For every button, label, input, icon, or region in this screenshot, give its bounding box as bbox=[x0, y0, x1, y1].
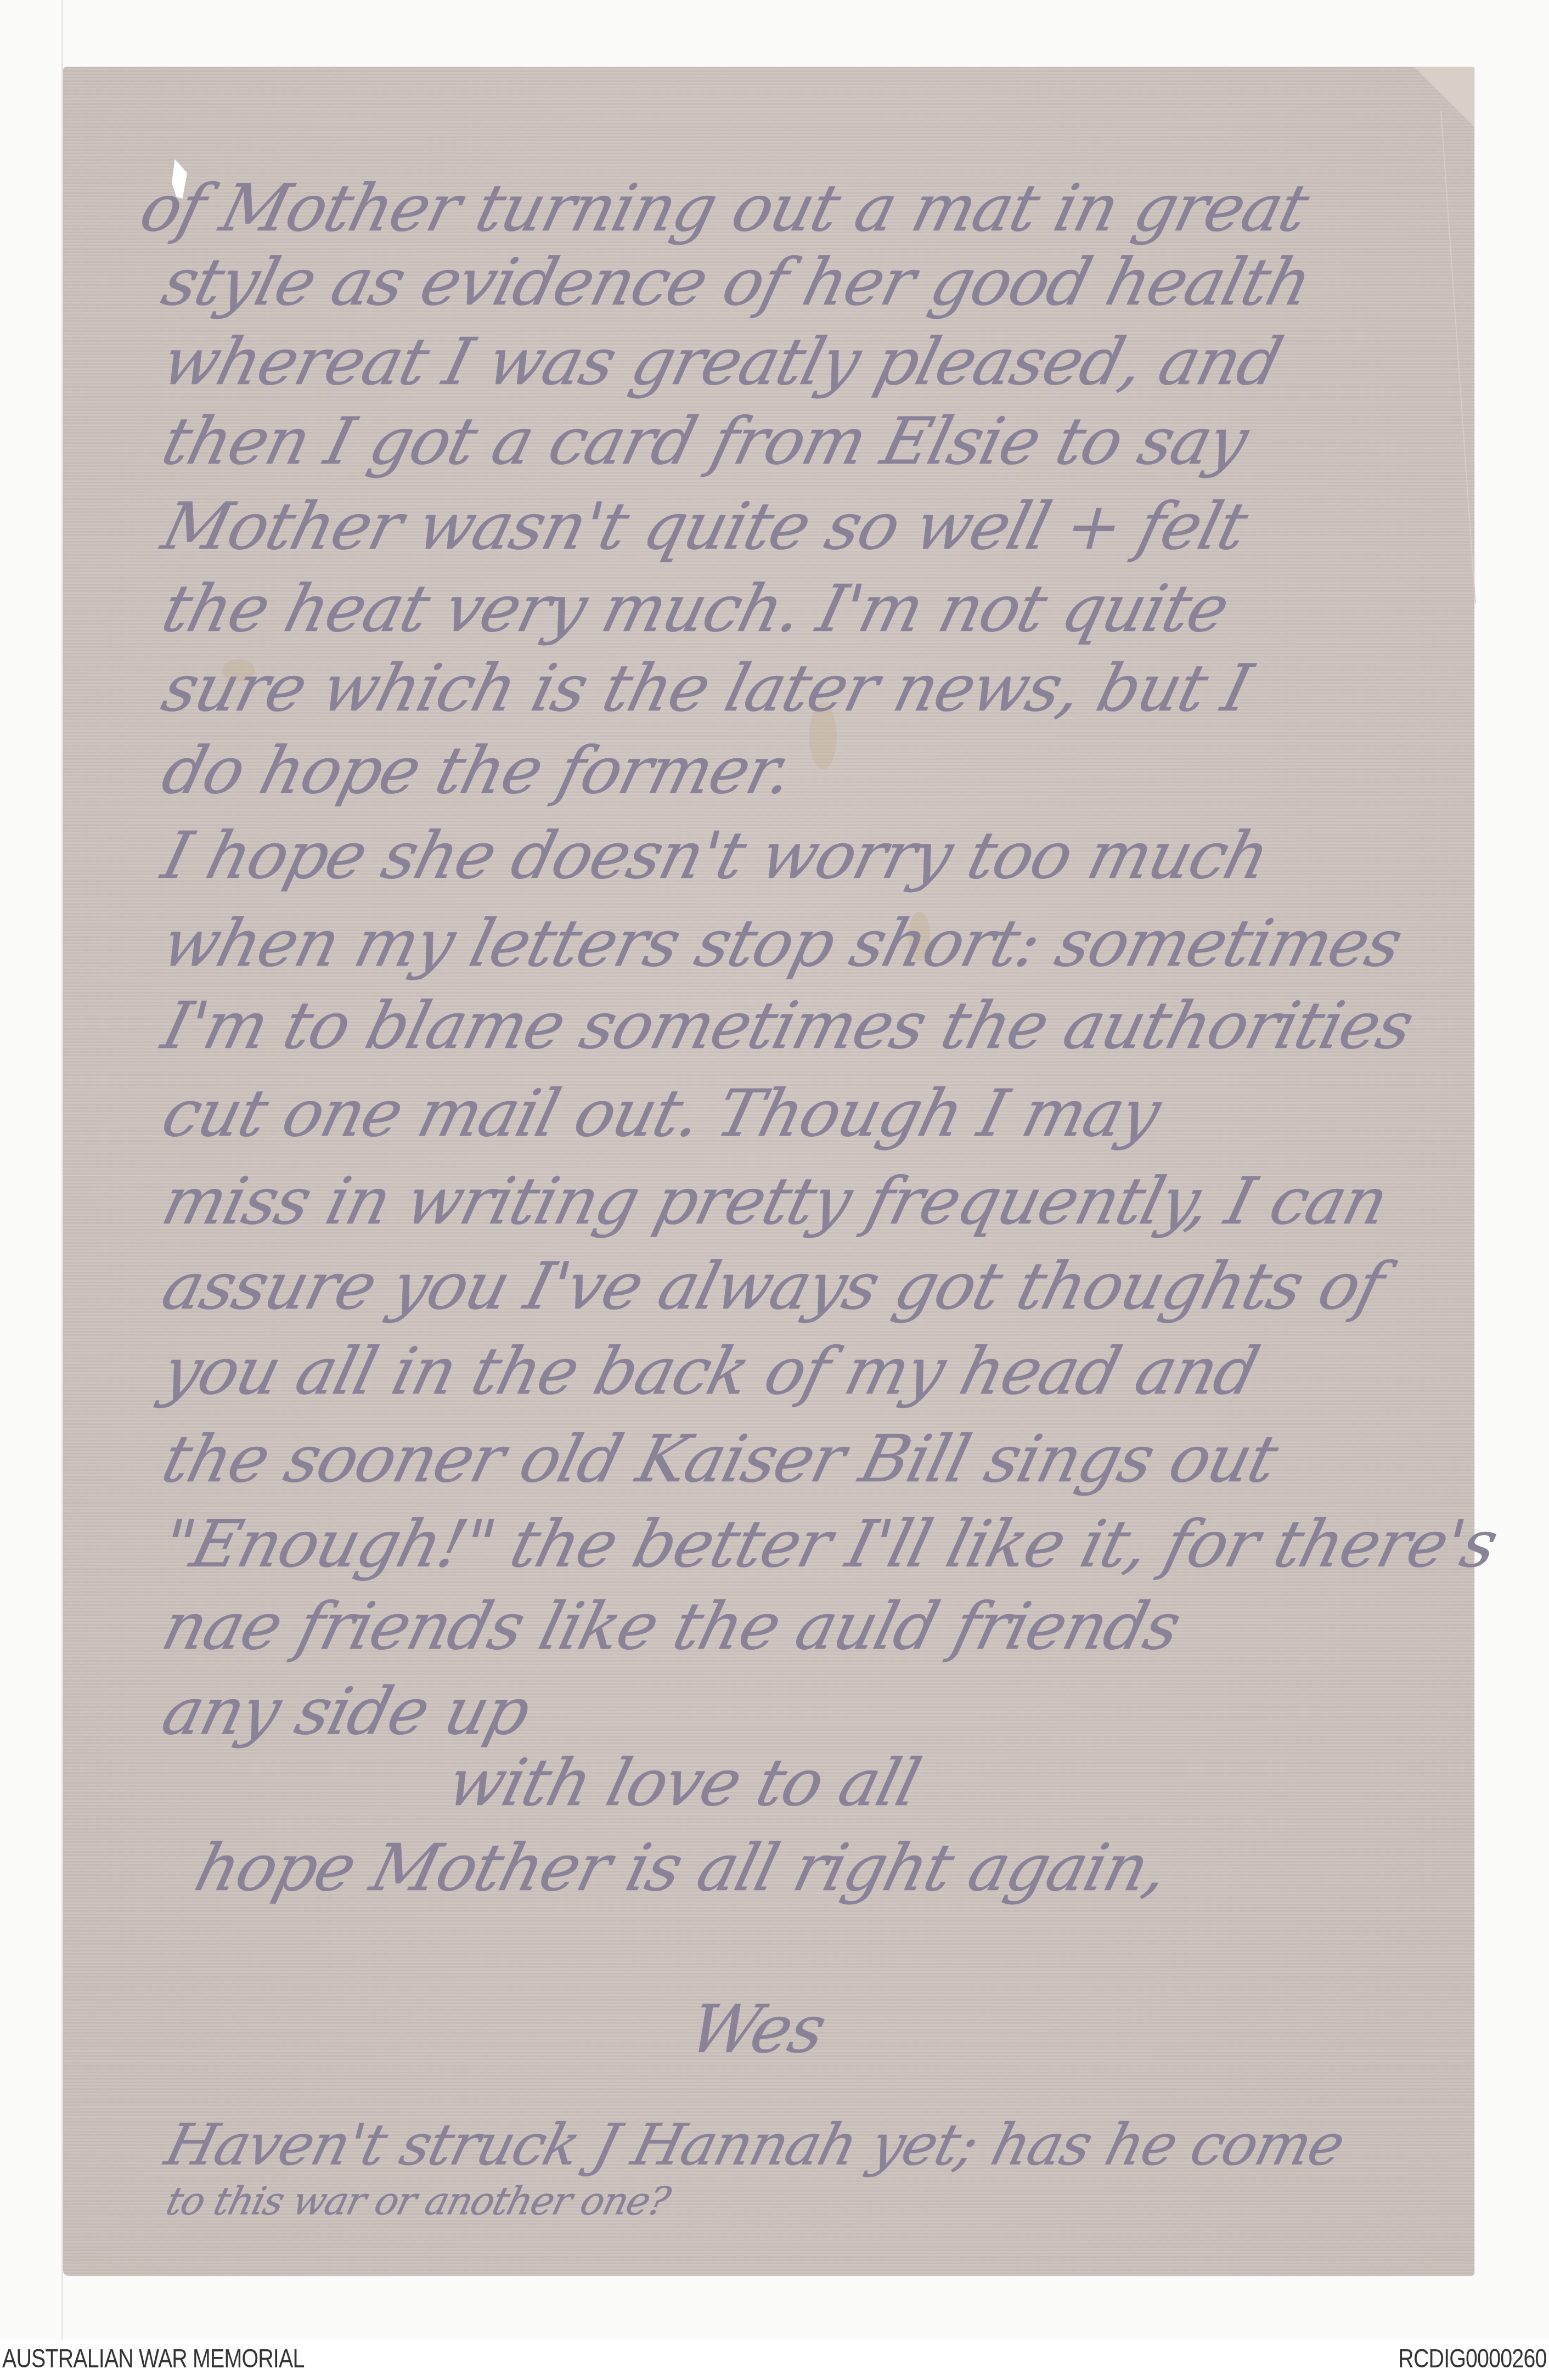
handwritten-line: "Enough!" the better I'll like it, for t… bbox=[156, 1512, 1503, 1576]
handwritten-line: I'm to blame sometimes the authorities bbox=[156, 993, 1418, 1058]
handwritten-line: Mother wasn't quite so well + felt bbox=[156, 494, 1253, 559]
institution-label: AUSTRALIAN WAR MEMORIAL bbox=[2, 2344, 304, 2377]
handwritten-line: sure which is the later news, but I bbox=[156, 656, 1257, 720]
handwritten-line: style as evidence of her good health bbox=[156, 250, 1317, 314]
handwritten-line: do hope the former. bbox=[156, 738, 798, 803]
postscript-line-2: to this war or another one? bbox=[162, 2182, 673, 2220]
handwritten-line: miss in writing pretty frequently, I can bbox=[156, 1169, 1393, 1233]
handwritten-line: any side up bbox=[156, 1679, 536, 1744]
handwritten-line: you all in the back of my head and bbox=[156, 1339, 1264, 1403]
handwritten-line: the heat very much. I'm not quite bbox=[156, 576, 1234, 641]
handwritten-line: when my letters stop short: sometimes bbox=[156, 911, 1407, 975]
handwritten-line: I hope she doesn't worry too much bbox=[156, 823, 1275, 888]
letter-page: of Mother turning out a mat in greatstyl… bbox=[63, 67, 1474, 2276]
folded-corner bbox=[1392, 67, 1474, 133]
postscript-line-1: Haven't struck J Hannah yet; has he come bbox=[160, 2116, 1349, 2173]
handwritten-line: the sooner old Kaiser Bill sings out bbox=[156, 1426, 1283, 1491]
signature: Wes bbox=[683, 1997, 831, 2063]
right-crease bbox=[1440, 111, 1476, 604]
record-id-label: RCDIG0000260 bbox=[1399, 2344, 1547, 2377]
handwritten-line: nae friends like the auld friends bbox=[156, 1594, 1186, 1659]
handwritten-line: whereat I was greatly pleased, and bbox=[156, 329, 1287, 394]
handwritten-line: then I got a card from Elsie to say bbox=[156, 409, 1253, 473]
closing-wish-line: hope Mother is all right again, bbox=[189, 1835, 1174, 1900]
handwritten-line: of Mother turning out a mat in great bbox=[134, 176, 1314, 240]
closing-line: with love to all bbox=[442, 1750, 926, 1815]
handwritten-line: cut one mail out. Though I may bbox=[156, 1081, 1165, 1146]
handwritten-line: assure you I've always got thoughts of bbox=[156, 1254, 1389, 1318]
